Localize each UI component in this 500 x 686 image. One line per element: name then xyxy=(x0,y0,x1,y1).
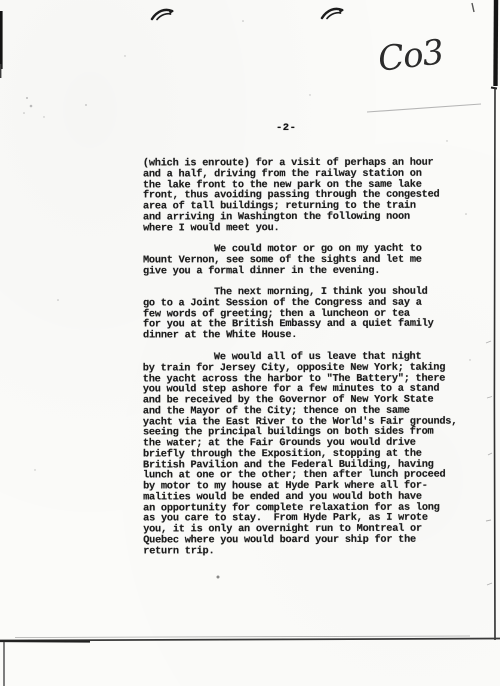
letter-paragraph-4: We would all of us leave that night by t… xyxy=(143,351,474,556)
handwritten-code: Co3 xyxy=(376,32,446,80)
left-edge-scan-strip xyxy=(0,11,3,78)
page-number: -2- xyxy=(276,122,296,134)
ink-squiggle-mark-left xyxy=(152,9,174,20)
letter-paragraph-2: We could motor or go on my yacht to Moun… xyxy=(143,244,473,277)
scanned-letter-page: Co3 -2- (which is enroute) for a visit o… xyxy=(0,0,500,686)
faint-diagonal-line xyxy=(367,104,481,112)
letter-paragraph-1: (which is enroute) for a visit of perhap… xyxy=(143,158,473,234)
right-edge-scan-line xyxy=(486,0,497,640)
letter-body: (which is enroute) for a visit of perhap… xyxy=(143,158,473,567)
letter-paragraph-3: The next morning, I think you should go … xyxy=(143,287,473,342)
ink-squiggle-mark-right xyxy=(322,8,344,19)
bottom-paper-edge-line xyxy=(0,636,500,686)
corner-tick-mark xyxy=(472,3,474,12)
